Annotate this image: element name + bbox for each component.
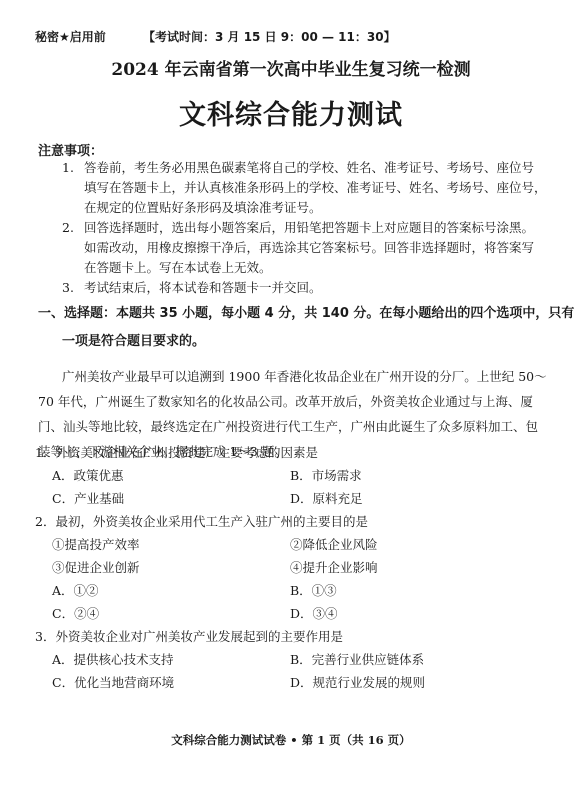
notice-item-1-line-2: 填写在答题卡上，并认真核准条形码上的学校、准考证号、姓名、考场号、座位号，: [84, 178, 547, 196]
question-1-option-d[interactable]: D．原料充足: [290, 489, 363, 507]
section-heading-cont: 一项是符合题目要求的。: [62, 330, 205, 349]
notice-item-3: 3.考试结束后，将本试卷和答题卡一并交回。: [62, 278, 322, 296]
notice-item-1-line-3: 在规定的位置贴好条形码及填涂准考证号。: [84, 198, 322, 216]
question-2-statement-1: ①提高投产效率: [52, 535, 140, 553]
question-3-option-b[interactable]: B．完善行业供应链体系: [290, 650, 424, 668]
notice-item-2: 2.回答选择题时，选出每小题答案后，用铅笔把答题卡上对应题目的答案标号涂黑。: [62, 218, 534, 236]
question-2-option-a[interactable]: A．①②: [52, 581, 99, 599]
notice-item-1: 1.答卷前，考生务必用黑色碳素笔将自己的学校、姓名、准考证号、考场号、座位号: [62, 158, 534, 176]
exam-subtitle: 2024 年云南省第一次高中毕业生复习统一检测: [0, 55, 582, 80]
question-2-option-c[interactable]: C．②④: [52, 604, 99, 622]
passage-line-3: 门、汕头等地比较，最终选定在广州投资进行代工生产，广州由此诞生了众多原料加工、包: [38, 417, 538, 435]
question-3-option-a[interactable]: A．提供核心技术支持: [52, 650, 174, 668]
question-2-statement-3: ③促进企业创新: [52, 558, 140, 576]
secret-label: 秘密★启用前: [35, 28, 106, 45]
question-3-stem: 3．外资美妆企业对广州美妆产业发展起到的主要作用是: [35, 627, 343, 645]
question-3-option-c[interactable]: C．优化当地营商环境: [52, 673, 174, 691]
question-1-option-a[interactable]: A．政策优惠: [52, 466, 124, 484]
question-2-statement-2: ②降低企业风险: [290, 535, 378, 553]
question-2-stem: 2．最初，外资美妆企业采用代工生产入驻广州的主要目的是: [35, 512, 368, 530]
question-3-option-d[interactable]: D．规范行业发展的规则: [290, 673, 425, 691]
question-2-option-d[interactable]: D．③④: [290, 604, 338, 622]
passage-line-2: 70 年代，广州诞生了数家知名的化妆品公司。改革开放后，外资美妆企业通过与上海、…: [38, 392, 533, 410]
page-footer: 文科综合能力测试试卷 • 第 1 页（共 16 页）: [0, 732, 582, 748]
passage-line-1: 广州美妆产业最早可以追溯到 1900 年香港化妆品企业在广州开设的分厂。上世纪 …: [62, 367, 547, 385]
notice-heading: 注意事项：: [38, 140, 103, 159]
question-1-option-b[interactable]: B．市场需求: [290, 466, 362, 484]
exam-time: 【考试时间：3 月 15 日 9：00 — 11：30】: [143, 28, 396, 45]
notice-item-2-line-3: 在答题卡上。写在本试卷上无效。: [84, 258, 272, 276]
question-2-statement-4: ④提升企业影响: [290, 558, 378, 576]
question-1-option-c[interactable]: C．产业基础: [52, 489, 124, 507]
question-2-option-b[interactable]: B．①③: [290, 581, 337, 599]
exam-title: 文科综合能力测试: [0, 93, 582, 132]
section-heading: 一、选择题：本题共 35 小题，每小题 4 分，共 140 分。在每小题给出的四…: [38, 302, 574, 321]
notice-item-2-line-2: 如需改动，用橡皮擦擦干净后，再选涂其它答案标号。回答非选择题时，将答案写: [84, 238, 534, 256]
question-1-stem: 1．外资美妆企业在广州投资建厂主要考虑的因素是: [35, 443, 318, 461]
